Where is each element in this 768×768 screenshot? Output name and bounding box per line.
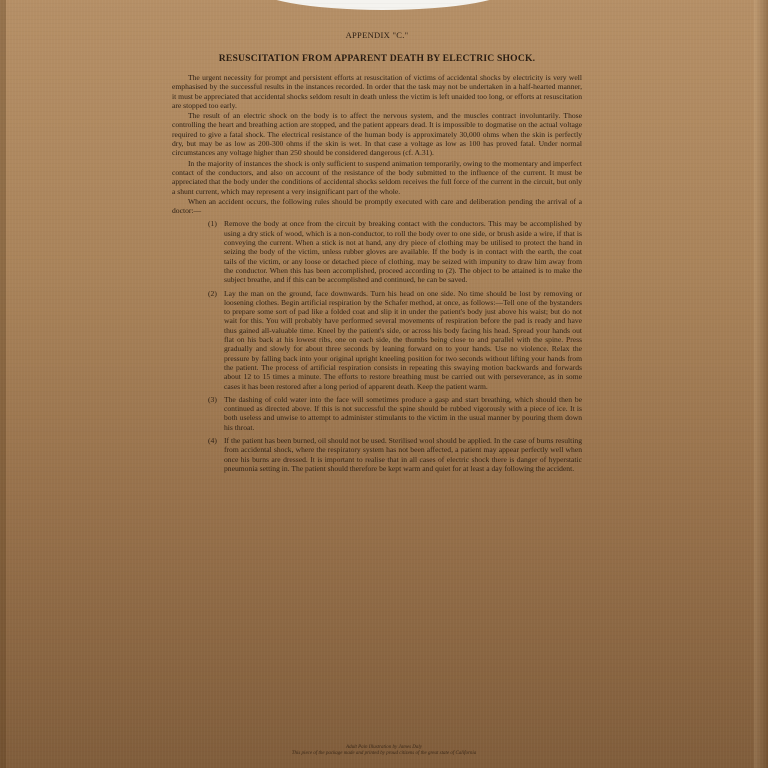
hanger-notch — [252, 0, 514, 10]
document-title: RESUSCITATION FROM APPARENT DEATH BY ELE… — [162, 53, 592, 64]
rule-number: (1) — [208, 219, 217, 228]
appendix-label: APPENDIX "C." — [172, 30, 582, 40]
rules-list: (1) Remove the body at once from the cir… — [172, 219, 582, 473]
rule-text: Lay the man on the ground, face downward… — [224, 289, 582, 391]
rule-number: (4) — [208, 436, 217, 445]
footer-credits: Adult Pain Illustration by James Daly Th… — [0, 745, 768, 757]
rule-text: Remove the body at once from the circuit… — [224, 219, 582, 284]
rule-item: (1) Remove the body at once from the cir… — [172, 219, 582, 284]
rule-item: (4) If the patient has been burned, oil … — [172, 436, 582, 473]
card-right-edge — [754, 0, 768, 768]
rule-item: (2) Lay the man on the ground, face down… — [172, 289, 582, 391]
rule-number: (2) — [208, 289, 217, 298]
document-page: APPENDIX "C." RESUSCITATION FROM APPAREN… — [172, 30, 582, 473]
paragraph: The result of an electric shock on the b… — [172, 111, 582, 157]
paragraph: In the majority of instances the shock i… — [172, 159, 582, 196]
footer-line-2: This piece of the package made and print… — [0, 751, 768, 757]
rule-item: (3) The dashing of cold water into the f… — [172, 395, 582, 432]
paragraph: When an accident occurs, the following r… — [172, 197, 582, 216]
card-left-edge — [0, 0, 6, 768]
rule-text: The dashing of cold water into the face … — [224, 395, 582, 432]
paragraph: The urgent necessity for prompt and pers… — [172, 73, 582, 110]
rule-number: (3) — [208, 395, 217, 404]
rule-text: If the patient has been burned, oil shou… — [224, 436, 582, 473]
